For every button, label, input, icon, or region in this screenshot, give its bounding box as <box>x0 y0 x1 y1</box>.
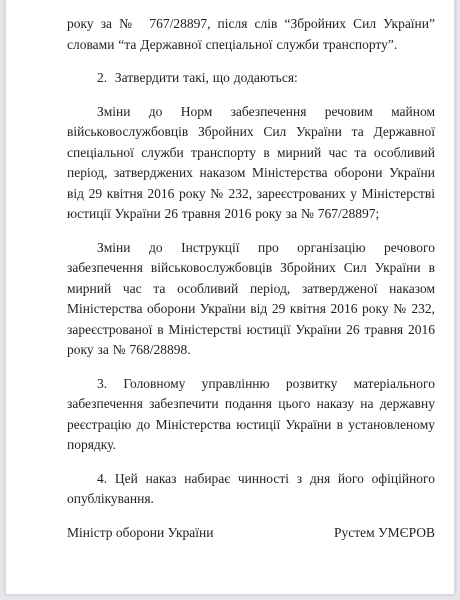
body-paragraph-item-4: 4. Цей наказ набирає чинності з дня його… <box>67 469 435 510</box>
signer-name: Рустем УМЄРОВ <box>334 523 435 544</box>
body-paragraph-item-3: 3. Головному управлінню розвитку матеріа… <box>67 374 435 456</box>
page-number: 2 <box>6 0 454 1</box>
body-paragraph-item-2: 2. Затвердити такі, що додаються: <box>67 68 435 89</box>
document-viewer-background: { "page": { "number": "2", "paragraphs":… <box>0 0 460 600</box>
body-paragraph-changes-instruction: Зміни до Інструкції про організацію речо… <box>67 238 435 361</box>
document-page: 2 року за № 767/28897, після слів “Зброй… <box>5 0 455 595</box>
body-paragraph-continuation: року за № 767/28897, після слів “Збройни… <box>67 14 435 55</box>
signature-row: Міністр оборони України Рустем УМЄРОВ <box>67 523 435 544</box>
signer-title: Міністр оборони України <box>67 523 213 544</box>
body-paragraph-changes-norms: Зміни до Норм забезпечення речовим майно… <box>67 102 435 225</box>
